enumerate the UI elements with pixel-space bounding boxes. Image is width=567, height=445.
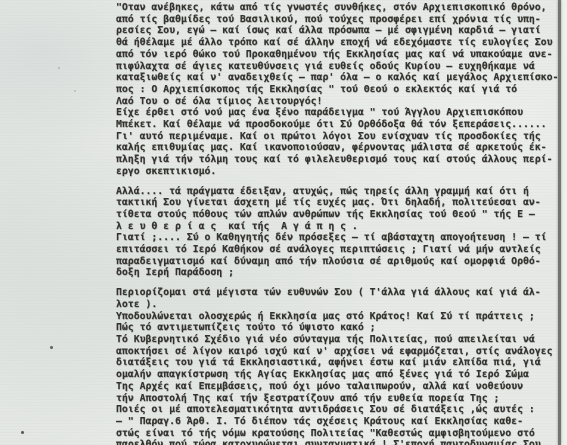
text-line: πιφύλαχτα σέ άγιες κατευθύνσεις γιά ευθε… — [116, 61, 562, 73]
paper-speck — [50, 346, 53, 349]
text-line: από τόν ιερό θώκο τού Προκαθημένου τής Ε… — [116, 49, 562, 61]
text-line: καλής επιθυμίας μας. Καί ικανοποιούσαν, … — [116, 142, 562, 154]
text-line: θά ήθέλαμε μέ άλλο τρόπο καί σέ άλλην επ… — [116, 37, 562, 49]
text-line: ομαλήν απαγκίστρωση τής Αγίας Εκκλησίας … — [116, 369, 562, 381]
text-line: Αλλά.... τά πράγματα έδειξαν, ατυχώς, πώ… — [116, 186, 562, 198]
text-line: Πώς τό αντιμετωπίζεις τούτο τό ύψιστο κα… — [116, 322, 562, 334]
text-line: καταξιωθείς καί ν' αναδειχθείς – παρ' όλ… — [116, 72, 562, 84]
paragraph: Περιορίζομαι στά μέγιστα τών ευθυνών Σου… — [116, 287, 562, 310]
text-line: δοξη Ιερή Παράδοση ; — [116, 267, 562, 279]
paper-speck — [21, 431, 24, 434]
text-line: Υποδουλώνεται ολοσχερώς ή Εκκλησία μας σ… — [116, 311, 562, 323]
text-line: Γιατί ;.... Σύ ο Καθηγητής δέν πρόσεξες … — [116, 232, 562, 244]
paragraph: – " Παραγ.6 Άρθ. Ι. Τό διέπον τάς σχέσει… — [116, 416, 562, 445]
text-line: Γι' αυτό περιμέναμε. Καί οι πρώτοι λόγοι… — [116, 131, 562, 143]
text-line: τίθετα στούς πόθους τών απλών ανθρώπων τ… — [116, 209, 562, 221]
document-text: "Οταν ανέβηκες, κάτω από τίς γνωστές συν… — [116, 2, 562, 445]
paragraph: Υποδουλώνεται ολοσχερώς ή Εκκλησία μας σ… — [116, 311, 562, 334]
text-line: παραδειγματισμό καί δύναμη από τήν πλούσ… — [116, 256, 562, 268]
text-line: λοτε ). — [116, 299, 562, 311]
text-line: από τίς βαθμίδες τού Βασιλικού, πού τούχ… — [116, 14, 562, 26]
text-line: πληξη γιά τήν τόλμη τους καί τό φιλελευθ… — [116, 154, 562, 166]
text-line: εργο σκεπτικισμό. — [116, 166, 562, 178]
text-line: Τό Κυβερνητικό Σχέδιο γιά νέο σύνταγμα τ… — [116, 334, 562, 346]
paragraph: Αλλά.... τά πράγματα έδειξαν, ατυχώς, πώ… — [116, 186, 562, 280]
text-line: παρελθόν πού τώρα κατοχυρώνεται συνταγμα… — [116, 439, 562, 445]
text-line: ρεσίες Σου, εγώ – καί ίσως καί άλλα πρόσ… — [116, 25, 562, 37]
text-line: αποκτήσει σέ λίγον καιρό ισχύ καί ν' αρχ… — [116, 346, 562, 358]
paragraph: "Οταν ανέβηκες, κάτω από τίς γνωστές συν… — [116, 2, 562, 107]
text-line: λ ε υ θ ε ρ ί α ς καί τής Α γ ά π η ς . — [116, 221, 562, 233]
text-line: – " Παραγ.6 Άρθ. Ι. Τό διέπον τάς σχέσει… — [116, 416, 562, 428]
text-line: επιτάσσει τό Ιερό Καθήκον σέ ανάλογες πε… — [116, 244, 562, 256]
text-line: Είχε έρθει στό νού μας ένα ξένο παράδειγ… — [116, 107, 562, 119]
text-line: τήν Αποστολή Της καί τήν ξεστρατίζουν απ… — [116, 393, 562, 405]
scanned-document-page: "Οταν ανέβηκες, κάτω από τίς γνωστές συν… — [0, 0, 567, 445]
paper-speck — [176, 97, 178, 99]
text-line: Μπέκετ. Καί θέλαμε νά προσδοκούμε ότι Σύ… — [116, 119, 562, 131]
text-line: Της Αρχές καί Επεμβάσεις, πού όχι μόνο τ… — [116, 381, 562, 393]
scan-edge-strip — [561, 0, 567, 445]
text-line: τακτική Σου γίνεται άσχετη μέ τίς ευχές … — [116, 197, 562, 209]
text-line: στώς είναι τό τής νόμω κρατούσης Πολιτεί… — [116, 428, 562, 440]
text-line: Λαό Του ο σέ όλα τίμιος λειτουργός! — [116, 96, 562, 108]
text-line: "Οταν ανέβηκες, κάτω από τίς γνωστές συν… — [116, 2, 562, 14]
text-line: πος : Ο Αρχιεπίσκοπος τής Εκκλησίας " το… — [116, 84, 562, 96]
paragraph: Τό Κυβερνητικό Σχέδιο γιά νέο σύνταγμα τ… — [116, 334, 562, 416]
text-line: Ποιές οι μέ αποτελεσματικότητα αντιδράσε… — [116, 404, 562, 416]
paragraph: Είχε έρθει στό νού μας ένα ξένο παράδειγ… — [116, 107, 562, 177]
page-edge-shadow — [558, 0, 561, 445]
text-line: Περιορίζομαι στά μέγιστα τών ευθυνών Σου… — [116, 287, 562, 299]
paper-speck — [58, 67, 60, 69]
text-line: διατάξεις του γιά τά Εκκλησιαστικά, αφήν… — [116, 357, 562, 369]
paper-speck — [74, 90, 76, 92]
